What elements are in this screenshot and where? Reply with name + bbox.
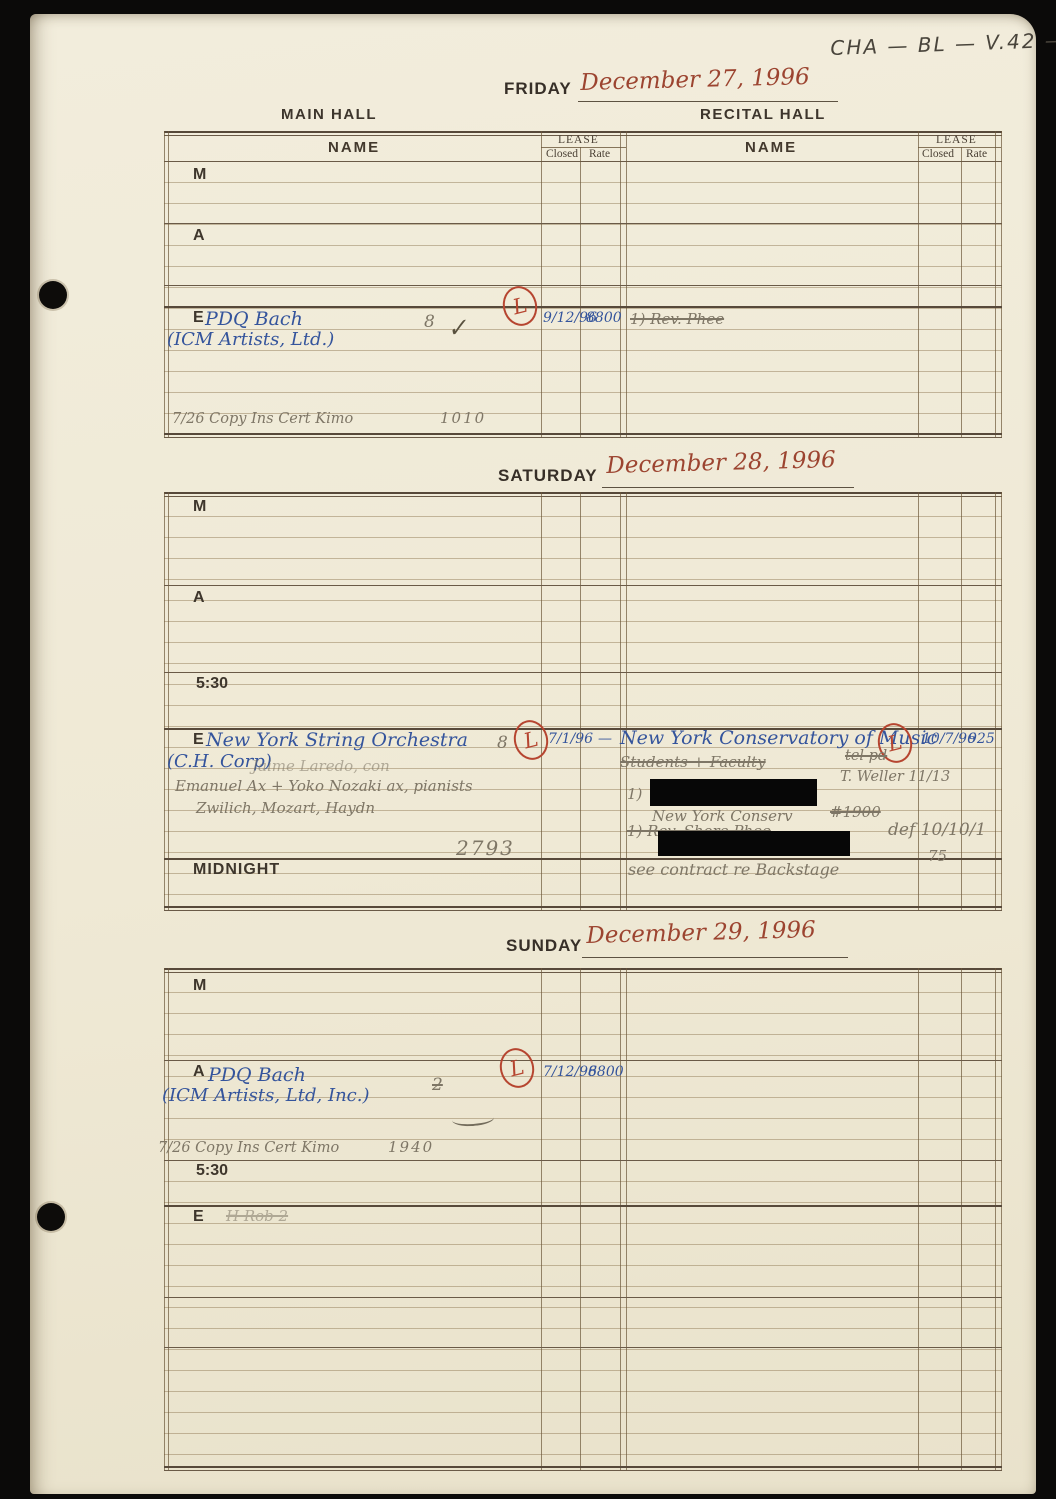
table-bottom-rule xyxy=(164,1466,1002,1468)
vline xyxy=(918,131,919,437)
rate-friday: 8800 xyxy=(586,310,622,326)
table-top-rule xyxy=(164,131,1002,133)
table-top-rule xyxy=(164,492,1002,494)
vline xyxy=(626,968,627,1470)
entry-artist-friday: PDQ Bach xyxy=(205,308,303,330)
time-label-a-saturday: A xyxy=(193,589,205,607)
vline xyxy=(961,968,962,1470)
redaction-bar-1 xyxy=(650,779,817,806)
lease-stamp-letter: L xyxy=(510,293,529,320)
time-label-e-saturday: E xyxy=(193,731,204,749)
block-rule xyxy=(164,585,1002,586)
vline xyxy=(580,968,581,1470)
block-rule xyxy=(164,1060,1002,1061)
vline xyxy=(995,131,996,437)
ruled-grid-saturday xyxy=(164,496,1002,908)
time-label-m-sunday: M xyxy=(193,977,206,995)
rate-header-main: Rate xyxy=(589,148,610,160)
time-label-a-sunday: A xyxy=(193,1063,205,1081)
time-label-530-sunday: 5:30 xyxy=(196,1162,228,1180)
vline xyxy=(168,131,169,437)
entry-artist-sunday: PDQ Bach xyxy=(208,1064,306,1086)
count-saturday-main: 8 xyxy=(497,733,508,753)
lease-divider-main xyxy=(541,147,626,148)
ruled-grid-sunday xyxy=(164,972,1002,1470)
lease-header-main: LEASE xyxy=(558,134,599,146)
lease-stamp-letter: L xyxy=(885,730,904,757)
vline xyxy=(918,968,919,1470)
entry-agency-friday: (ICM Artists, Ltd.) xyxy=(167,329,334,350)
punch-hole-top xyxy=(39,281,67,309)
recital-note-friday: 1) Rev. Phee xyxy=(630,310,724,328)
table-top-rule2 xyxy=(164,496,1002,497)
vline xyxy=(961,147,962,437)
rate-saturday-recital: 925 xyxy=(968,731,995,747)
day-title-friday: FRIDAY xyxy=(504,79,572,99)
footnote-value-friday: 1010 xyxy=(440,409,486,427)
header-name-main: NAME xyxy=(328,139,380,156)
num-note-saturday: 75 xyxy=(928,847,947,865)
vline xyxy=(626,492,627,911)
table-bottom-rule xyxy=(164,906,1002,908)
rate-sunday: 8800 xyxy=(588,1064,624,1080)
vline xyxy=(168,968,169,1470)
vline xyxy=(1001,492,1002,911)
struck-entry-sunday: H Rob 2 xyxy=(226,1207,288,1225)
tel-note-saturday: tel pd xyxy=(845,748,887,764)
rate-saturday-main: — xyxy=(598,731,612,747)
closed-header-main: Closed xyxy=(546,148,578,160)
date-rule-friday xyxy=(578,101,838,102)
lease-header-recital: LEASE xyxy=(936,134,977,146)
table-bottom-rule2 xyxy=(164,1470,1002,1471)
col-title-main-hall: MAIN HALL xyxy=(281,106,377,123)
ticket-note-saturday: T. Weller 11/13 xyxy=(840,769,950,785)
lease-stamp-letter: L xyxy=(507,1055,526,1082)
pencil-conductor-saturday: Jaime Laredo, con xyxy=(252,757,390,775)
block-rule xyxy=(164,1160,1002,1161)
block-rule xyxy=(164,223,1002,224)
footnote-friday: 7/26 Copy Ins Cert Kimo xyxy=(172,411,353,427)
vline xyxy=(541,968,542,1470)
lease-divider-recital xyxy=(918,147,1001,148)
vline xyxy=(580,492,581,911)
pencil-soloists-saturday: Emanuel Ax + Yoko Nozaki ax, pianists xyxy=(175,777,473,795)
vline xyxy=(164,131,165,437)
entry-agency-sunday: (ICM Artists, Ltd, Inc.) xyxy=(162,1085,369,1106)
scanned-ledger-page: CHA — BL — V.42 — 037 FRIDAY December 27… xyxy=(0,0,1056,1499)
footnote-value-sunday: 1940 xyxy=(388,1138,434,1156)
closed-header-recital: Closed xyxy=(922,148,954,160)
vline xyxy=(626,131,627,437)
code-saturday-main: 2793 xyxy=(456,836,515,860)
time-label-a-friday: A xyxy=(193,227,205,245)
group-saturday-recital: Students + Faculty xyxy=(620,753,766,771)
pencil-program-saturday: Zwilich, Mozart, Haydn xyxy=(196,799,375,817)
vline xyxy=(168,492,169,911)
day-title-saturday: SATURDAY xyxy=(498,466,598,486)
vline xyxy=(164,968,165,1470)
closed-date-saturday-main: 7/1/96 xyxy=(548,731,593,747)
block-rule xyxy=(164,858,1002,860)
block-rule xyxy=(164,1205,1002,1207)
contract-note-saturday: see contract re Backstage xyxy=(628,860,839,879)
table-bottom-rule2 xyxy=(164,437,1002,438)
time-label-m-friday: M xyxy=(193,166,206,184)
vline xyxy=(164,492,165,911)
vline xyxy=(541,131,542,437)
time-label-e-sunday: E xyxy=(193,1208,204,1226)
footnote-sunday: 7/26 Copy Ins Cert Kimo xyxy=(158,1140,339,1156)
time-label-midnight-saturday: MIDNIGHT xyxy=(193,861,280,879)
vline xyxy=(995,492,996,911)
table-top-rule xyxy=(164,968,1002,970)
entry-artist-saturday-main: New York String Orchestra xyxy=(206,729,468,751)
vline xyxy=(1001,131,1002,437)
vline xyxy=(1001,968,1002,1470)
time-label-e-friday: E xyxy=(193,309,204,327)
block-rule xyxy=(164,285,1002,286)
date-rule-saturday xyxy=(602,487,854,488)
def-note-saturday: def 10/10/1 xyxy=(888,820,986,840)
time-label-530-saturday: 5:30 xyxy=(196,675,228,693)
punch-hole-bottom xyxy=(37,1203,65,1231)
vline xyxy=(961,492,962,911)
item-marker-saturday: 1) xyxy=(627,785,642,803)
time-label-m-saturday: M xyxy=(193,498,206,516)
table-bottom-rule xyxy=(164,433,1002,435)
lease-stamp-letter: L xyxy=(521,727,540,754)
block-rule xyxy=(164,1347,1002,1348)
date-rule-sunday xyxy=(582,957,848,958)
header-name-recital: NAME xyxy=(745,139,797,156)
table-top-rule2 xyxy=(164,972,1002,973)
vline xyxy=(620,492,621,911)
day-title-sunday: SUNDAY xyxy=(506,936,582,956)
vline xyxy=(918,492,919,911)
block-rule xyxy=(164,1297,1002,1298)
table-bottom-rule2 xyxy=(164,910,1002,911)
ruled-grid-friday xyxy=(164,162,1002,434)
vline xyxy=(620,131,621,437)
rate-header-recital: Rate xyxy=(966,148,987,160)
count-sunday: 2 xyxy=(432,1075,443,1095)
amount-struck-saturday: #1900 xyxy=(830,803,881,821)
vline xyxy=(995,968,996,1470)
col-title-recital-hall: RECITAL HALL xyxy=(700,106,826,123)
redaction-bar-2 xyxy=(658,831,850,856)
block-rule xyxy=(164,672,1002,673)
checkmark-friday: ✓ xyxy=(445,313,469,344)
vline xyxy=(580,147,581,437)
vline xyxy=(620,968,621,1470)
count-friday: 8 xyxy=(424,312,435,332)
vline xyxy=(541,492,542,911)
